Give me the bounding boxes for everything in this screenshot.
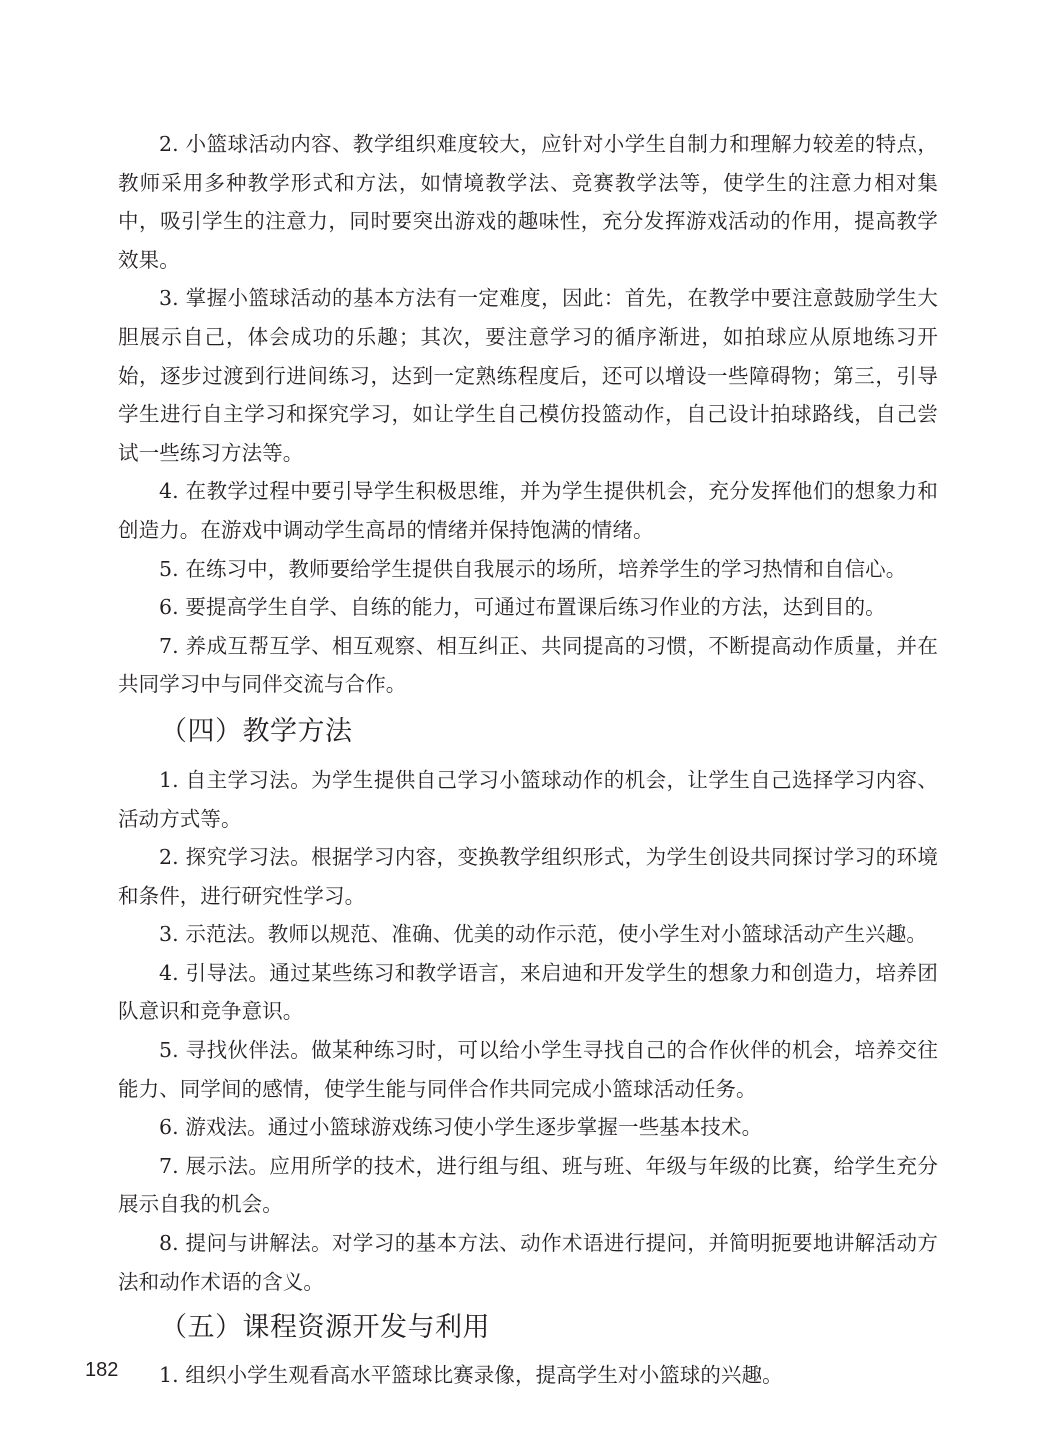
paragraph-method-7: 7. 展示法。应用所学的技术，进行组与组、班与班、年级与年级的比赛，给学生充分展… xyxy=(118,1147,938,1224)
section-heading-curriculum-resources: （五）课程资源开发与利用 xyxy=(118,1301,938,1356)
paragraph-method-8: 8. 提问与讲解法。对学习的基本方法、动作术语进行提问，并简明扼要地讲解活动方法… xyxy=(118,1224,938,1301)
paragraph-method-1: 1. 自主学习法。为学生提供自己学习小篮球动作的机会，让学生自己选择学习内容、活… xyxy=(118,761,938,838)
section-heading-teaching-methods: （四）教学方法 xyxy=(118,704,938,761)
paragraph-teaching-note-6: 6. 要提高学生自学、自练的能力，可通过布置课后练习作业的方法，达到目的。 xyxy=(118,588,938,627)
paragraph-teaching-note-4: 4. 在教学过程中要引导学生积极思维，并为学生提供机会，充分发挥他们的想象力和创… xyxy=(118,472,938,549)
paragraph-method-5: 5. 寻找伙伴法。做某种练习时，可以给小学生寻找自己的合作伙伴的机会，培养交往能… xyxy=(118,1031,938,1108)
paragraph-teaching-note-7: 7. 养成互帮互学、相互观察、相互纠正、共同提高的习惯，不断提高动作质量，并在共… xyxy=(118,627,938,704)
paragraph-method-3: 3. 示范法。教师以规范、准确、优美的动作示范，使小学生对小篮球活动产生兴趣。 xyxy=(118,915,938,954)
paragraph-teaching-note-5: 5. 在练习中，教师要给学生提供自我展示的场所，培养学生的学习热情和自信心。 xyxy=(118,550,938,589)
paragraph-teaching-note-3: 3. 掌握小篮球活动的基本方法有一定难度，因此：首先，在教学中要注意鼓励学生大胆… xyxy=(118,279,938,472)
paragraph-teaching-note-2: 2. 小篮球活动内容、教学组织难度较大，应针对小学生自制力和理解力较差的特点，教… xyxy=(118,125,938,279)
paragraph-method-2: 2. 探究学习法。根据学习内容，变换教学组织形式，为学生创设共同探讨学习的环境和… xyxy=(118,838,938,915)
paragraph-resource-1: 1. 组织小学生观看高水平篮球比赛录像，提高学生对小篮球的兴趣。 xyxy=(118,1356,938,1395)
document-page: 2. 小篮球活动内容、教学组织难度较大，应针对小学生自制力和理解力较差的特点，教… xyxy=(118,125,938,1395)
paragraph-method-4: 4. 引导法。通过某些练习和教学语言，来启迪和开发学生的想象力和创造力，培养团队… xyxy=(118,954,938,1031)
page-number: 182 xyxy=(85,1358,118,1382)
paragraph-method-6: 6. 游戏法。通过小篮球游戏练习使小学生逐步掌握一些基本技术。 xyxy=(118,1108,938,1147)
